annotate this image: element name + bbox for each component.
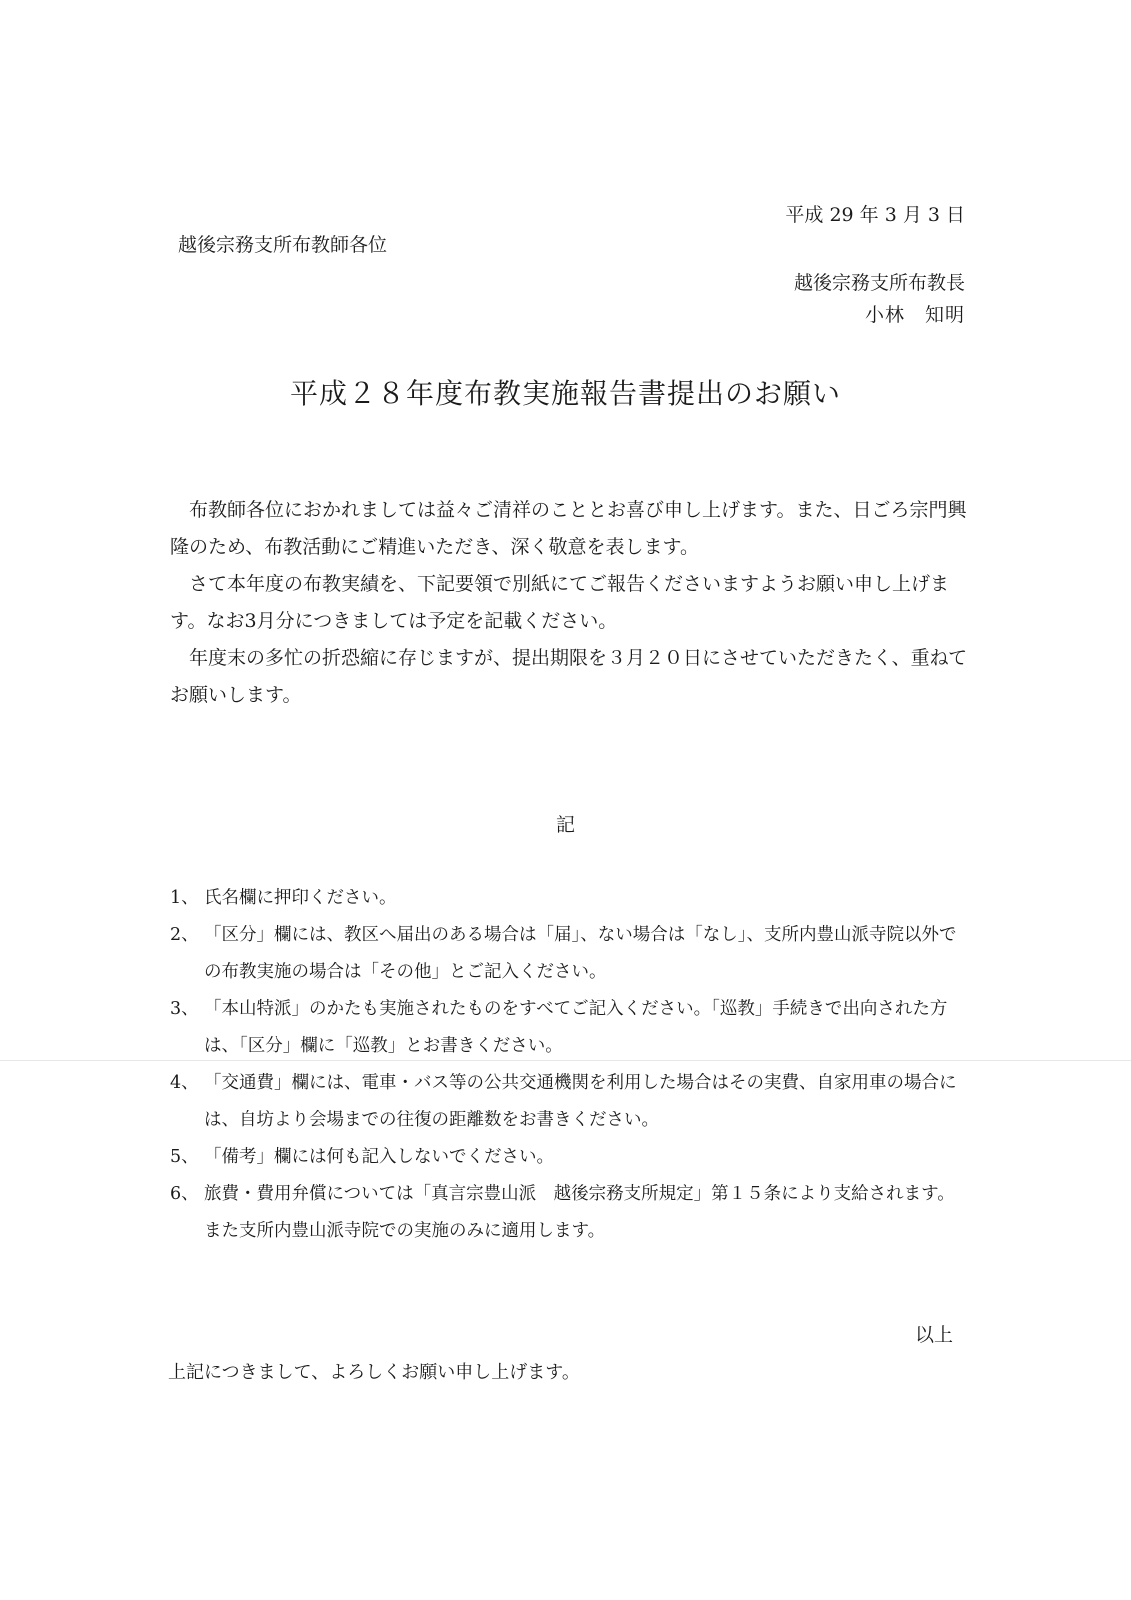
body-text: 布教師各位におかれましては益々ご清祥のこととお喜び申し上げます。また、日ごろ宗門…	[170, 492, 970, 714]
list-item: 5、 「備考」欄には何も記入しないでください。	[170, 1139, 970, 1176]
body-paragraph: 布教師各位におかれましては益々ご清祥のこととお喜び申し上げます。また、日ごろ宗門…	[170, 492, 970, 566]
addressee: 越後宗務支所布教師各位	[178, 230, 387, 257]
item-number: 5、	[170, 1139, 204, 1176]
document-date: 平成 29 年 3 月 3 日	[785, 200, 965, 227]
final-line: 上記につきまして、よろしくお願い申し上げます。	[168, 1358, 580, 1384]
paper-fold-line	[0, 1060, 1131, 1061]
body-paragraph: 年度末の多忙の折恐縮に存じますが、提出期限を３月２０日にさせていただきたく、重ね…	[170, 640, 970, 714]
item-text: 旅費・費用弁償については「真言宗豊山派 越後宗務支所規定」第１５条により支給され…	[204, 1176, 970, 1250]
item-text: 「区分」欄には、教区へ届出のある場合は「届」、ない場合は「なし」、支所内豊山派寺…	[204, 917, 970, 991]
item-number: 4、	[170, 1065, 204, 1139]
item-text: 「備考」欄には何も記入しないでください。	[204, 1139, 970, 1176]
sender-name: 小林 知明	[865, 300, 965, 327]
instruction-list: 1、 氏名欄に押印ください。 2、 「区分」欄には、教区へ届出のある場合は「届」…	[170, 880, 970, 1250]
item-number: 1、	[170, 880, 204, 917]
item-number: 6、	[170, 1176, 204, 1250]
list-item: 2、 「区分」欄には、教区へ届出のある場合は「届」、ない場合は「なし」、支所内豊…	[170, 917, 970, 991]
item-text: 氏名欄に押印ください。	[204, 880, 970, 917]
item-text: 「交通費」欄には、電車・バス等の公共交通機関を利用した場合はその実費、自家用車の…	[204, 1065, 970, 1139]
sender-organization: 越後宗務支所布教長	[794, 268, 965, 295]
document-title: 平成２８年度布教実施報告書提出のお願い	[0, 372, 1131, 412]
item-number: 2、	[170, 917, 204, 991]
list-item: 4、 「交通費」欄には、電車・バス等の公共交通機関を利用した場合はその実費、自家…	[170, 1065, 970, 1139]
list-item: 3、 「本山特派」のかたも実施されたものをすべてご記入ください。「巡教」手続きで…	[170, 991, 970, 1065]
list-item: 6、 旅費・費用弁償については「真言宗豊山派 越後宗務支所規定」第１５条により支…	[170, 1176, 970, 1250]
item-text: 「本山特派」のかたも実施されたものをすべてご記入ください。「巡教」手続きで出向さ…	[204, 991, 970, 1065]
body-paragraph: さて本年度の布教実績を、下記要領で別紙にてご報告くださいますようお願い申し上げま…	[170, 566, 970, 640]
list-item: 1、 氏名欄に押印ください。	[170, 880, 970, 917]
ki-heading: 記	[0, 810, 1131, 837]
closing-mark: 以上	[915, 1320, 953, 1347]
item-number: 3、	[170, 991, 204, 1065]
